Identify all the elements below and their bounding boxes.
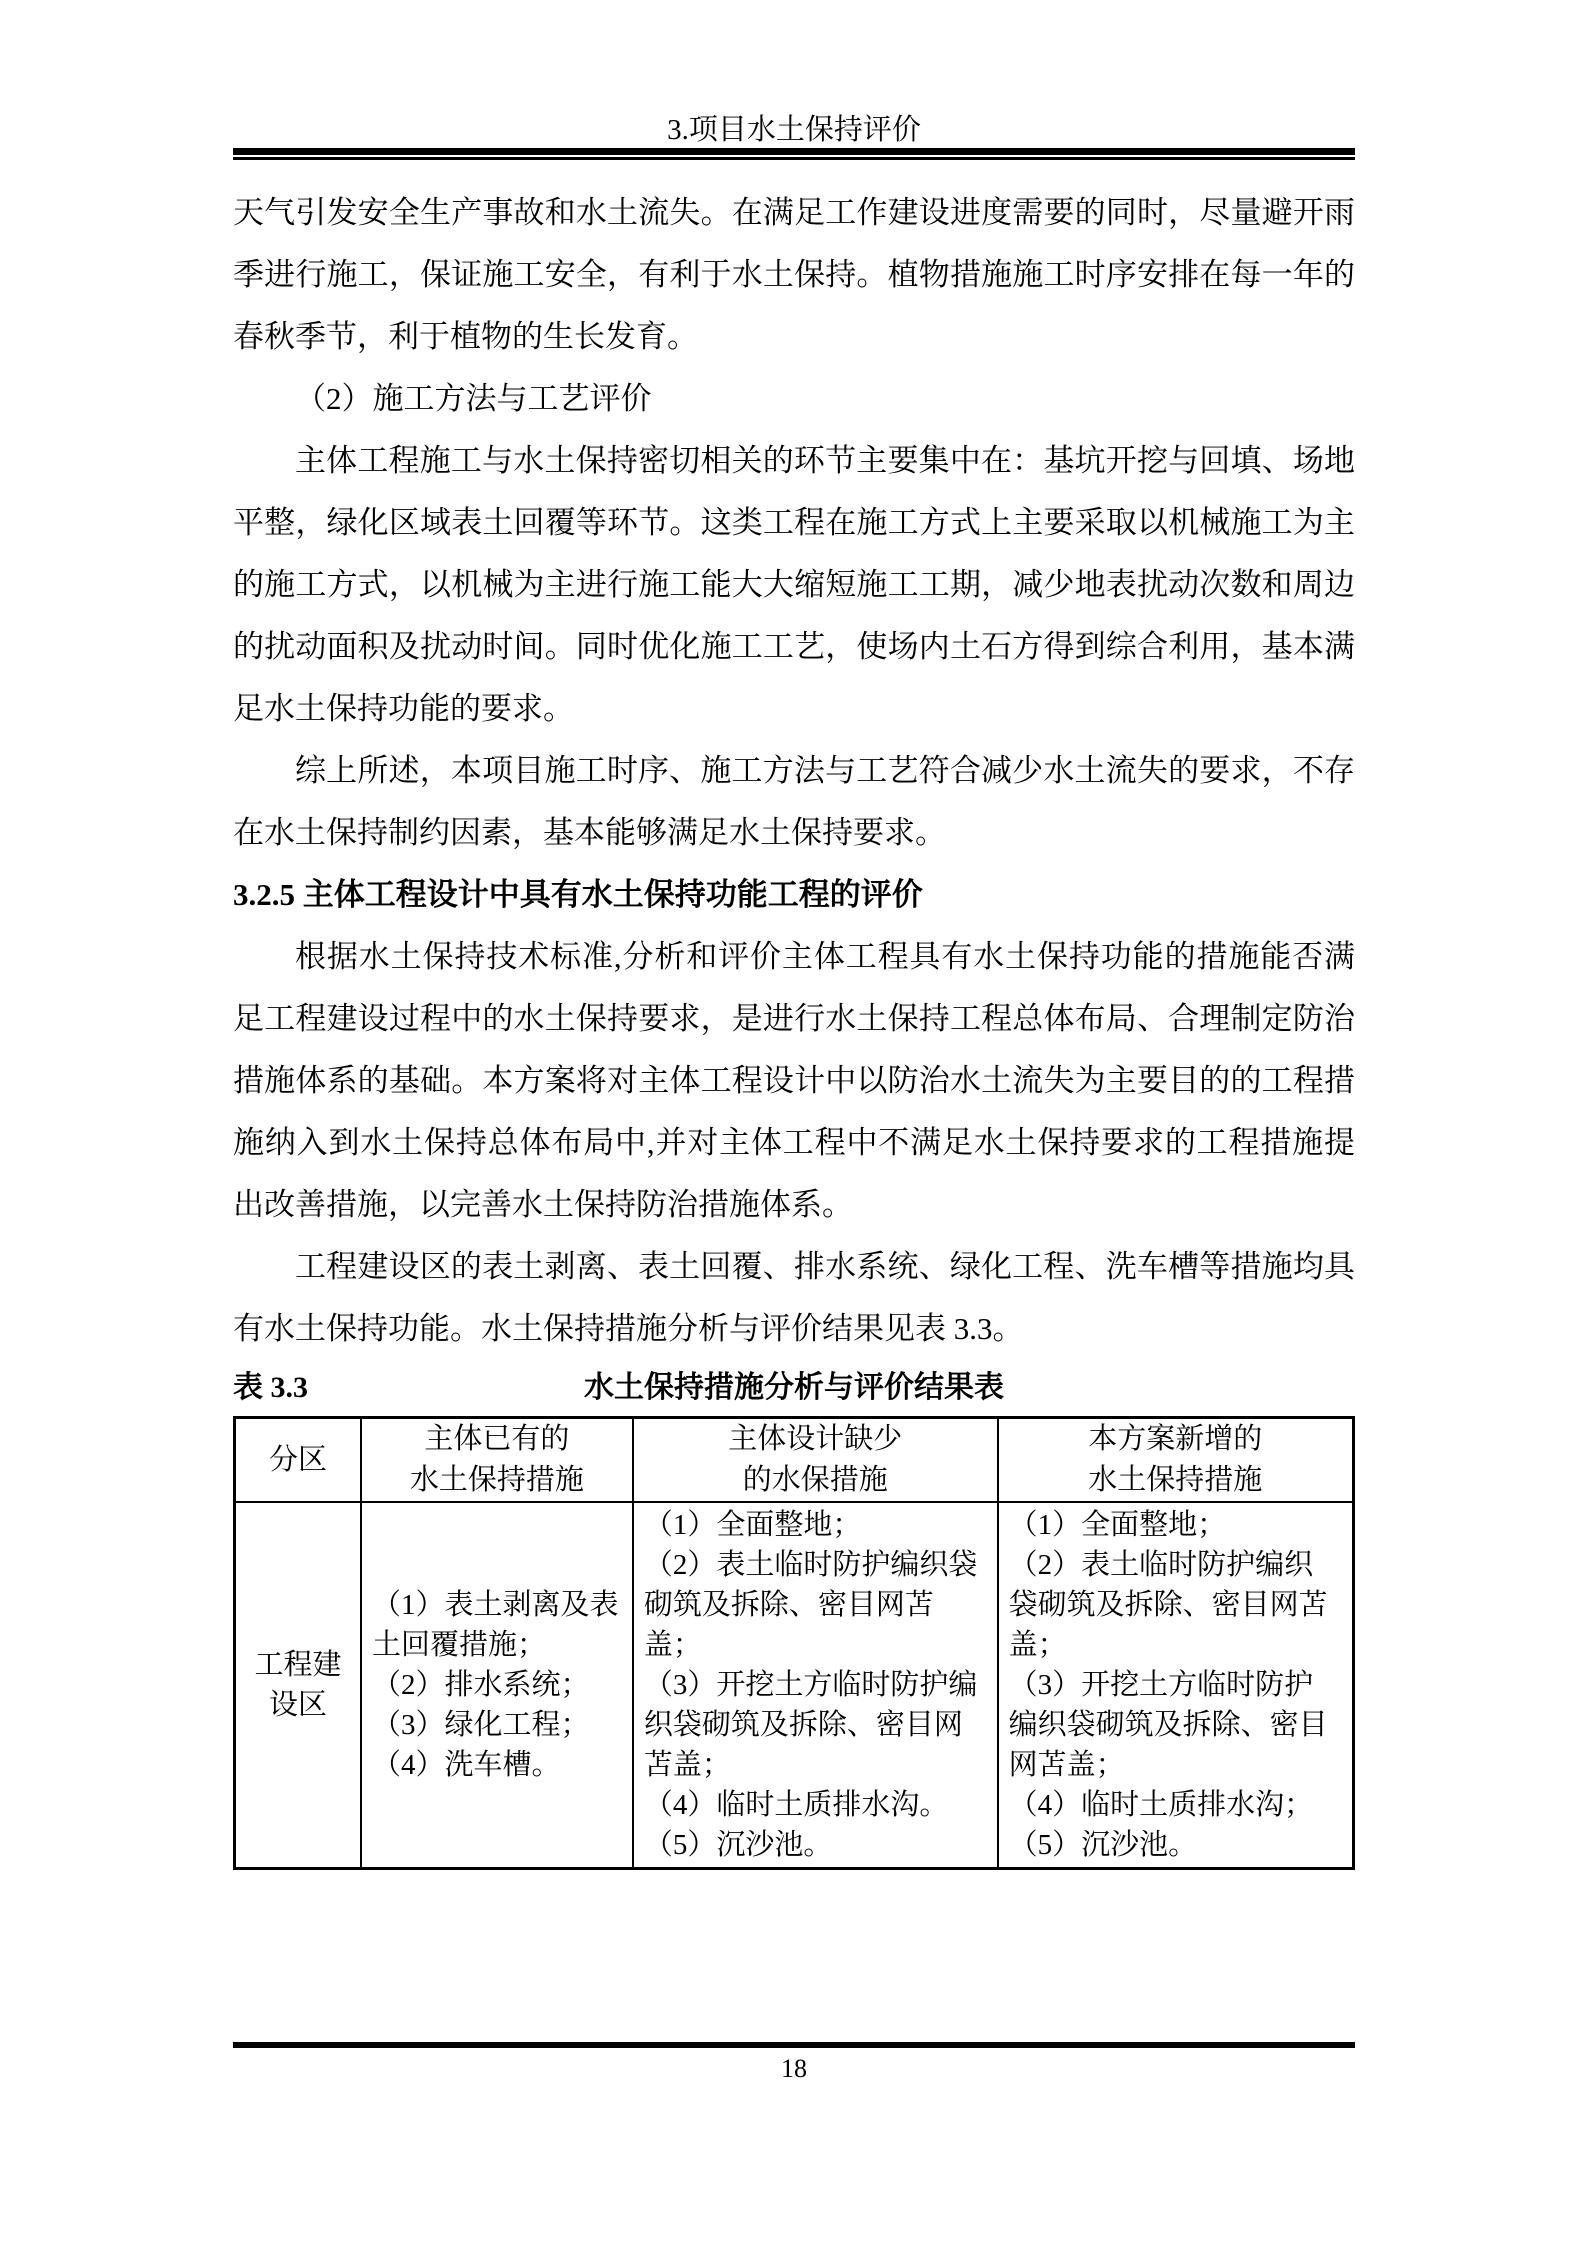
paragraph-weather-continuation: 天气引发安全生产事故和水土流失。在满足工作建设进度需要的同时，尽量避开雨季进行施… (233, 182, 1355, 368)
paragraph-evaluation-basis: 根据水土保持技术标准,分析和评价主体工程具有水土保持功能的措施能否满足工程建设过… (233, 926, 1355, 1236)
table-header-row: 分区 主体已有的 水土保持措施 主体设计缺少 的水保措施 本方案新增的 水土保持… (235, 1418, 1354, 1503)
section-heading-325: 3.2.5 主体工程设计中具有水土保持功能工程的评价 (233, 864, 1355, 926)
column-header-zone: 分区 (235, 1418, 361, 1503)
cell-zone: 工程建 设区 (235, 1502, 361, 1869)
table-caption-label: 表 3.3 (233, 1360, 308, 1416)
measures-table: 分区 主体已有的 水土保持措施 主体设计缺少 的水保措施 本方案新增的 水土保持… (233, 1416, 1355, 1870)
page-header: 3.项目水土保持评价 (233, 112, 1355, 160)
paragraph-method-subtitle: （2）施工方法与工艺评价 (233, 368, 1355, 430)
table-caption-title: 水土保持措施分析与评价结果表 (233, 1360, 1355, 1416)
paragraph-construction-method: 主体工程施工与水土保持密切相关的环节主要集中在：基坑开挖与回填、场地平整，绿化区… (233, 430, 1355, 740)
paragraph-summary: 综上所述，本项目施工时序、施工方法与工艺符合减少水土流失的要求，不存在水土保持制… (233, 740, 1355, 864)
footer-rule (233, 2042, 1355, 2048)
header-rule (233, 148, 1355, 160)
page-header-title: 3.项目水土保持评价 (233, 112, 1355, 148)
column-header-existing-measures: 主体已有的 水土保持措施 (361, 1418, 633, 1503)
column-header-missing-measures: 主体设计缺少 的水保措施 (633, 1418, 998, 1503)
column-header-added-measures: 本方案新增的 水土保持措施 (998, 1418, 1354, 1503)
document-page: 3.项目水土保持评价 天气引发安全生产事故和水土流失。在满足工作建设进度需要的同… (0, 0, 1587, 2245)
cell-existing-measures: （1）表土剥离及表土回覆措施； （2）排水系统； （3）绿化工程； （4）洗车槽… (361, 1502, 633, 1869)
measures-table-body: 工程建 设区 （1）表土剥离及表土回覆措施； （2）排水系统； （3）绿化工程；… (235, 1502, 1354, 1869)
table-row: 工程建 设区 （1）表土剥离及表土回覆措施； （2）排水系统； （3）绿化工程；… (235, 1502, 1354, 1869)
paragraph-table-intro: 工程建设区的表土剥离、表土回覆、排水系统、绿化工程、洗车槽等措施均具有水土保持功… (233, 1236, 1355, 1360)
cell-added-measures: （1）全面整地； （2）表土临时防护编织袋砌筑及拆除、密目网苫盖； （3）开挖土… (998, 1502, 1354, 1869)
document-body: 天气引发安全生产事故和水土流失。在满足工作建设进度需要的同时，尽量避开雨季进行施… (233, 182, 1355, 1870)
footer-page-number: 18 (233, 2054, 1355, 2084)
page-footer: 18 (233, 2042, 1355, 2084)
table-caption: 表 3.3 水土保持措施分析与评价结果表 (233, 1360, 1355, 1416)
measures-table-header: 分区 主体已有的 水土保持措施 主体设计缺少 的水保措施 本方案新增的 水土保持… (235, 1418, 1354, 1503)
header-rule-thick (233, 148, 1355, 155)
cell-missing-measures: （1）全面整地； （2）表土临时防护编织袋砌筑及拆除、密目网苫盖； （3）开挖土… (633, 1502, 998, 1869)
header-rule-thin (233, 157, 1355, 160)
